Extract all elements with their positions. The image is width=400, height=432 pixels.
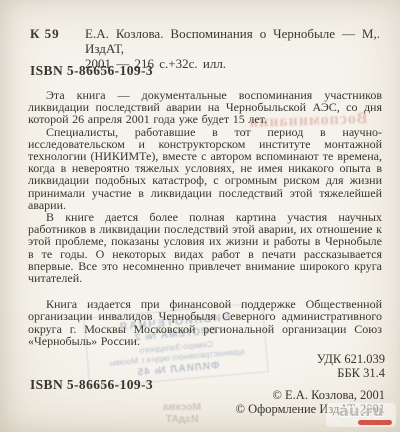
isbn-top: ISBN 5-86656-109-3 — [30, 63, 153, 79]
showthrough-imprint-publisher: ИздАТ — [142, 413, 222, 425]
isbn-bottom: ISBN 5-86656-109-3 — [30, 377, 153, 393]
watermark-text: au.ru — [339, 404, 384, 419]
au-ru-watermark: au.ru — [326, 403, 396, 427]
showthrough-imprint: Москва ИздАТ — [142, 401, 222, 425]
annotation-paragraph-2: Специалисты, работавшие в тот период в н… — [28, 126, 382, 211]
bibliographic-line-1: Е.А. Козлова. Воспоминания о Чернобыле —… — [85, 26, 380, 56]
udk-number: УДК 621.039 — [317, 353, 385, 367]
watermark-red-bar — [358, 420, 392, 425]
annotation-paragraph-3: В книге дается более полная картина учас… — [28, 211, 382, 284]
showthrough-imprint-city: Москва — [142, 401, 222, 413]
annotation-paragraph-1: Эта книга — документальные воспоминания … — [28, 89, 382, 126]
funding-paragraph: Книга издается при финансовой поддержке … — [28, 298, 382, 347]
bbk-number: ББК 31.4 — [317, 367, 385, 381]
copyright-author: © Е.А. Козлова, 2001 — [236, 389, 385, 403]
classification-codes: УДК 621.039 ББК 31.4 — [317, 353, 385, 380]
book-copyright-page: Воспоминания К 59 Е.А. Козлова. Воспомин… — [0, 0, 400, 432]
annotation-block: Эта книга — документальные воспоминания … — [28, 89, 382, 347]
